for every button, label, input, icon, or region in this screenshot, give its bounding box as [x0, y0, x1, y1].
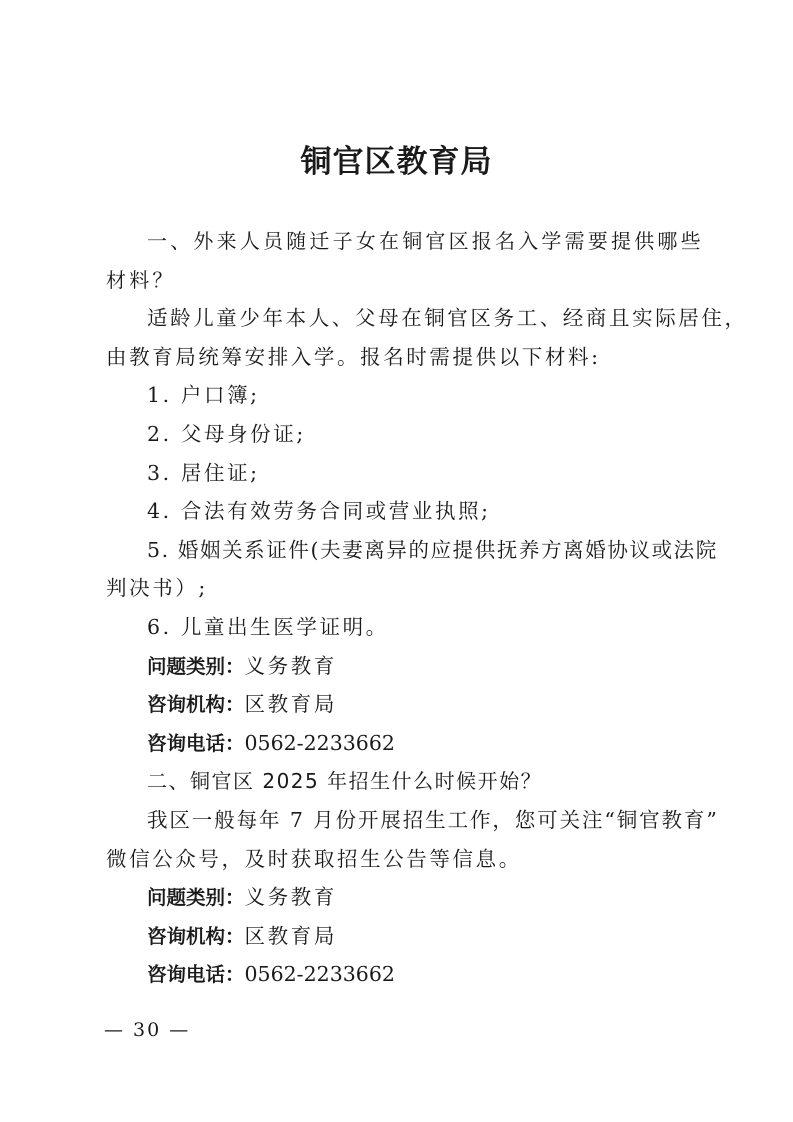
- question-category: 问题类别：义务教育: [106, 647, 698, 686]
- phone-value: 0562-2233662: [245, 962, 395, 986]
- category-label: 问题类别：: [147, 886, 245, 909]
- agency-label: 咨询机构：: [147, 925, 245, 948]
- agency-label: 咨询机构：: [147, 693, 245, 716]
- section-2-heading: 二、铜官区 2025 年招生什么时候开始？: [106, 762, 698, 801]
- phone-value: 0562-2233662: [245, 731, 395, 755]
- section-1-heading-cont: 材料？: [106, 261, 698, 300]
- consult-agency: 咨询机构：区教育局: [106, 685, 698, 724]
- section-1-body-cont: 由教育局统筹安排入学。报名时需提供以下材料:: [106, 338, 698, 377]
- page-title: 铜官区教育局: [0, 140, 793, 184]
- phone-label: 咨询电话：: [147, 963, 245, 986]
- agency-value: 区教育局: [245, 924, 337, 948]
- category-label: 问题类别：: [147, 655, 245, 678]
- list-item: 2. 父母身份证;: [106, 415, 698, 454]
- list-item: 6. 儿童出生医学证明。: [106, 608, 698, 647]
- list-item: 3. 居住证;: [106, 454, 698, 493]
- page-number: — 30 —: [104, 1019, 190, 1041]
- consult-agency: 咨询机构：区教育局: [106, 917, 698, 956]
- section-2-body: 我区一般每年 7 月份开展招生工作，您可关注“铜官教育”: [106, 801, 698, 840]
- phone-label: 咨询电话：: [147, 732, 245, 755]
- section-2-body-cont: 微信公众号，及时获取招生公告等信息。: [106, 840, 698, 879]
- agency-value: 区教育局: [245, 692, 337, 716]
- consult-phone: 咨询电话：0562-2233662: [106, 724, 698, 763]
- section-1-body: 适龄儿童少年本人、父母在铜官区务工、经商且实际居住，: [106, 299, 698, 338]
- question-category: 问题类别：义务教育: [106, 878, 698, 917]
- document-body: 一、外来人员随迁子女在铜官区报名入学需要提供哪些 材料？ 适龄儿童少年本人、父母…: [106, 222, 698, 994]
- category-value: 义务教育: [245, 654, 337, 678]
- list-item: 4. 合法有效劳务合同或营业执照;: [106, 492, 698, 531]
- consult-phone: 咨询电话：0562-2233662: [106, 955, 698, 994]
- category-value: 义务教育: [245, 885, 337, 909]
- list-item-cont: 判决书）;: [106, 569, 698, 608]
- list-item: 1. 户口簿;: [106, 376, 698, 415]
- section-1-heading: 一、外来人员随迁子女在铜官区报名入学需要提供哪些: [106, 222, 698, 261]
- list-item: 5. 婚姻关系证件(夫妻离异的应提供抚养方离婚协议或法院: [106, 531, 698, 570]
